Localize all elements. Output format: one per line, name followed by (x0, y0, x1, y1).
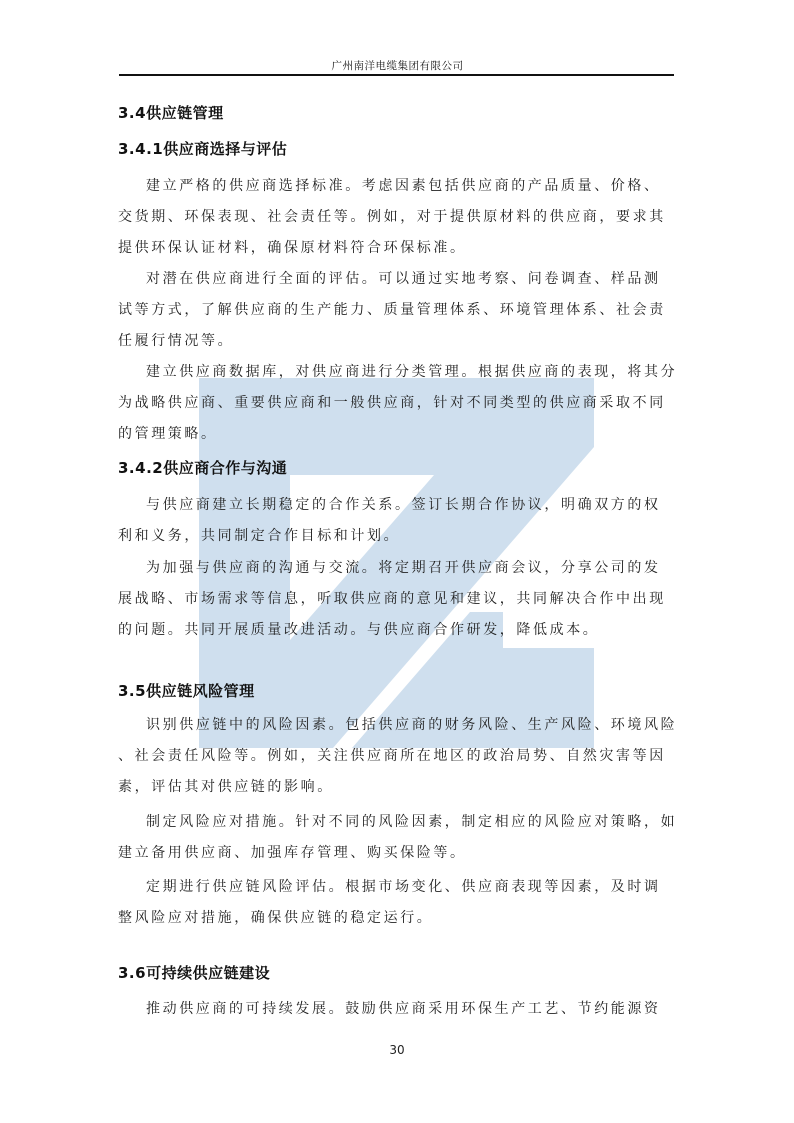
text-line: 任履行情况等。 (118, 326, 674, 357)
text-line: 整风险应对措施，确保供应链的稳定运行。 (118, 903, 674, 934)
text-line: 推动供应商的可持续发展。鼓励供应商采用环保生产工艺、节约能源资 (118, 994, 674, 1025)
running-header: 广州南洋电缆集团有限公司 (121, 58, 674, 73)
paragraph: 建立严格的供应商选择标准。考虑因素包括供应商的产品质量、价格、 交货期、环保表现… (118, 171, 674, 264)
text-line: 提供环保认证材料，确保原材料符合环保标准。 (118, 233, 674, 264)
section-heading-3-4-2: 3.4.2供应商合作与沟通 (118, 457, 287, 478)
text-line: 利和义务，共同制定合作目标和计划。 (118, 521, 674, 552)
paragraph: 定期进行供应链风险评估。根据市场变化、供应商表现等因素，及时调 整风险应对措施，… (118, 872, 674, 934)
paragraph: 与供应商建立长期稳定的合作关系。签订长期合作协议，明确双方的权 利和义务，共同制… (118, 490, 674, 552)
page-number: 30 (0, 1043, 794, 1057)
text-line: 素，评估其对供应链的影响。 (118, 772, 674, 803)
text-line: 制定风险应对措施。针对不同的风险因素，制定相应的风险应对策略，如 (118, 807, 674, 838)
text-line: 、社会责任风险等。例如，关注供应商所在地区的政治局势、自然灾害等因 (118, 741, 674, 772)
section-heading-3-5: 3.5供应链风险管理 (118, 680, 255, 701)
text-line: 交货期、环保表现、社会责任等。例如，对于提供原材料的供应商，要求其 (118, 202, 674, 233)
text-line: 对潜在供应商进行全面的评估。可以通过实地考察、问卷调查、样品测 (118, 264, 674, 295)
text-line: 为加强与供应商的沟通与交流。将定期召开供应商会议，分享公司的发 (118, 553, 674, 584)
text-line: 试等方式，了解供应商的生产能力、质量管理体系、环境管理体系、社会责 (118, 295, 674, 326)
text-line: 展战略、市场需求等信息，听取供应商的意见和建议，共同解决合作中出现 (118, 584, 674, 615)
paragraph: 推动供应商的可持续发展。鼓励供应商采用环保生产工艺、节约能源资 (118, 994, 674, 1025)
paragraph: 建立供应商数据库，对供应商进行分类管理。根据供应商的表现，将其分 为战略供应商、… (118, 357, 674, 450)
paragraph: 识别供应链中的风险因素。包括供应商的财务风险、生产风险、环境风险 、社会责任风险… (118, 710, 674, 803)
text-line: 为战略供应商、重要供应商和一般供应商，针对不同类型的供应商采取不同 (118, 388, 674, 419)
section-heading-3-4: 3.4供应链管理 (118, 102, 224, 123)
paragraph: 制定风险应对措施。针对不同的风险因素，制定相应的风险应对策略，如 建立备用供应商… (118, 807, 674, 869)
section-heading-3-6: 3.6可持续供应链建设 (118, 962, 270, 983)
paragraph: 为加强与供应商的沟通与交流。将定期召开供应商会议，分享公司的发 展战略、市场需求… (118, 553, 674, 646)
text-line: 的管理策略。 (118, 419, 674, 450)
section-heading-3-4-1: 3.4.1供应商选择与评估 (118, 138, 287, 159)
text-line: 建立严格的供应商选择标准。考虑因素包括供应商的产品质量、价格、 (118, 171, 674, 202)
paragraph: 对潜在供应商进行全面的评估。可以通过实地考察、问卷调查、样品测 试等方式，了解供… (118, 264, 674, 357)
header-divider (119, 74, 674, 76)
text-line: 的问题。共同开展质量改进活动。与供应商合作研发，降低成本。 (118, 615, 674, 646)
text-line: 建立备用供应商、加强库存管理、购买保险等。 (118, 838, 674, 869)
text-line: 定期进行供应链风险评估。根据市场变化、供应商表现等因素，及时调 (118, 872, 674, 903)
text-line: 建立供应商数据库，对供应商进行分类管理。根据供应商的表现，将其分 (118, 357, 674, 388)
text-line: 识别供应链中的风险因素。包括供应商的财务风险、生产风险、环境风险 (118, 710, 674, 741)
text-line: 与供应商建立长期稳定的合作关系。签订长期合作协议，明确双方的权 (118, 490, 674, 521)
